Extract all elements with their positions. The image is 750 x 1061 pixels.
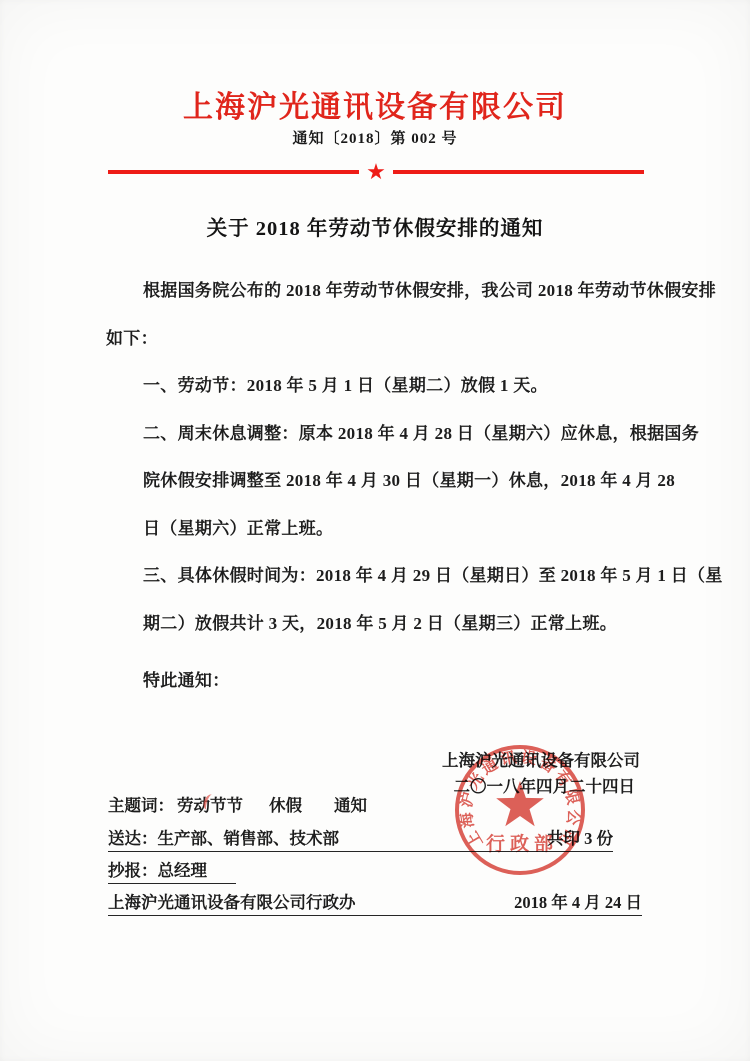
issuing-office: 上海沪光通讯设备有限公司行政办 (108, 893, 356, 913)
subject-label: 主题词： (108, 795, 174, 817)
notice-closing: 特此通知： (106, 657, 646, 705)
red-divider: ★ (108, 163, 644, 181)
notice-title: 关于 2018 年劳动节休假安排的通知 (0, 211, 750, 241)
seal-department-text: 行政部 (486, 832, 558, 855)
body-line: 日（星期六）正常上班。 (106, 505, 646, 553)
copy-to-row: 抄报：总经理 (108, 861, 236, 884)
notice-document-page: { "colors": { "header_red": "#e0251b", "… (0, 0, 750, 1061)
divider-line-left (108, 170, 359, 174)
body-line: 如下： (106, 315, 646, 363)
body-line: 二、周末休息调整：原本 2018 年 4 月 28 日（星期六）应休息，根据国务 (106, 410, 646, 458)
subject-term: 休假 (269, 795, 302, 817)
company-name-header: 上海沪光通讯设备有限公司 (0, 82, 750, 126)
body-line: 根据国务院公布的 2018 年劳动节休假安排，我公司 2018 年劳动节休假安排 (106, 267, 646, 315)
issue-date: 2018 年 4 月 24 日 (514, 893, 642, 913)
issuer-row: 上海沪光通讯设备有限公司行政办 2018 年 4 月 24 日 (108, 893, 642, 916)
company-seal-stamp: 上海沪光通讯设备有限公司 行政部 (448, 738, 592, 882)
star-icon: ★ (359, 163, 393, 181)
body-line: 院休假安排调整至 2018 年 4 月 30 日（星期一）休息，2018 年 4… (106, 457, 646, 505)
body-line: 三、具体休假时间为：2018 年 4 月 29 日（星期日）至 2018 年 5… (106, 552, 646, 600)
body-line: 期二）放假共计 3 天，2018 年 5 月 2 日（星期三）正常上班。 (106, 600, 646, 648)
body-line: 一、劳动节：2018 年 5 月 1 日（星期二）放假 1 天。 (106, 362, 646, 410)
delivery-departments: 送达：生产部、销售部、技术部 (108, 829, 339, 849)
document-number: 通知〔2018〕第 002 号 (0, 127, 750, 148)
subject-term: 通知 (334, 795, 367, 817)
divider-line-right (393, 170, 644, 174)
seal-star-icon (496, 781, 544, 826)
notice-body: 根据国务院公布的 2018 年劳动节休假安排，我公司 2018 年劳动节休假安排… (106, 267, 646, 705)
